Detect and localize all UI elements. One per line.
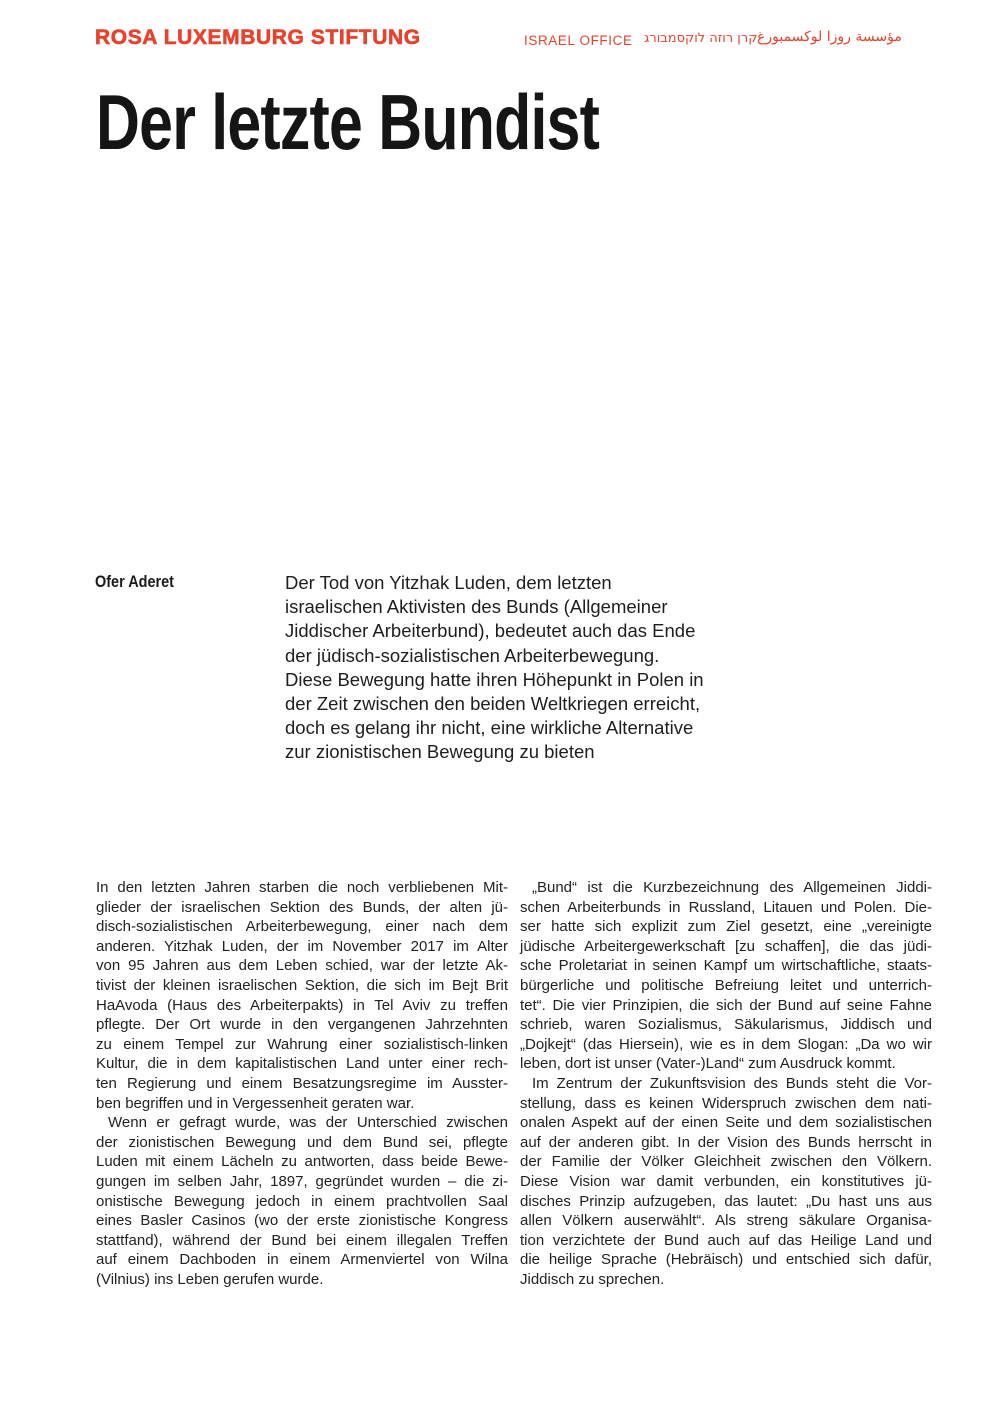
body-line: ben begriffen und in Vergessenheit gerat… [96, 1094, 508, 1114]
body-line: tivist der kleinen israelischen Sektion,… [96, 976, 508, 996]
office-label: ISRAEL OFFICE [524, 33, 633, 48]
body-line: jüdische Arbeitergewerkschaft [zu schaff… [520, 937, 932, 957]
lead-line: Diese Bewegung hatte ihren Höhepunkt in … [285, 668, 755, 692]
lead-line: der jüdisch-sozialistischen Arbeiterbewe… [285, 644, 755, 668]
body-line: pflegte. Der Ort wurde in den vergangene… [96, 1015, 508, 1035]
body-line: „Dojkejt“ (das Hiersein), wie es in dem … [520, 1035, 932, 1055]
body-line: disches Prinzip aufzugeben, das lautet: … [520, 1192, 932, 1212]
lead-line: zur zionistischen Bewegung zu bieten [285, 740, 755, 764]
body-line: HaAvoda (Haus des Arbeiterpakts) in Tel … [96, 996, 508, 1016]
body-line: (Vilnius) ins Leben gerufen wurde. [96, 1270, 508, 1290]
body-line: onalen Aspekt auf der einen Seite und de… [520, 1113, 932, 1133]
body-line: gungen im selben Jahr, 1897, gegründet w… [96, 1172, 508, 1192]
body-line: Luden mit einem Lächeln zu antworten, da… [96, 1152, 508, 1172]
article-title: Der letzte Bundist [96, 82, 599, 164]
body-line: der zionistischen Bewegung und dem Bund … [96, 1133, 508, 1153]
body-line: schrieb, waren Sozialismus, Säkularismus… [520, 1015, 932, 1035]
lead-line: israelischen Aktivisten des Bunds (Allge… [285, 595, 755, 619]
body-line: auf einem Dachboden in einem Armenvierte… [96, 1250, 508, 1270]
body-line: ser hatte sich explizit zum Ziel gesetzt… [520, 917, 932, 937]
body-line: anderen. Yitzhak Luden, der im November … [96, 937, 508, 957]
body-line: Wenn er gefragt wurde, was der Unterschi… [96, 1113, 508, 1133]
body-line: ten Regierung und einem Besatzungsregime… [96, 1074, 508, 1094]
lead-line: Der Tod von Yitzhak Luden, dem letzten [285, 571, 755, 595]
body-line: In den letzten Jahren starben die noch v… [96, 878, 508, 898]
body-line: allen Völkern auserwählt“. Als streng sä… [520, 1211, 932, 1231]
body-line: „Bund“ ist die Kurzbezeichnung des Allge… [520, 878, 932, 898]
body-column-left: In den letzten Jahren starben die noch v… [96, 878, 508, 1289]
body-column-right: „Bund“ ist die Kurzbezeichnung des Allge… [520, 878, 932, 1289]
body-line: schen Arbeiterbunds in Russland, Litauen… [520, 898, 932, 918]
author-name: Ofer Aderet [95, 572, 174, 592]
hebrew-name: קרן רוזה לוקסמבורג [644, 31, 757, 46]
body-line: Kultur, die in dem kapitalistischen Land… [96, 1054, 508, 1074]
lead-line: der Zeit zwischen den beiden Weltkriegen… [285, 692, 755, 716]
body-line: tet“. Die vier Prinzipien, die sich der … [520, 996, 932, 1016]
lead-line: Jiddischer Arbeiterbund), bedeutet auch … [285, 619, 755, 643]
brand-logo-text: ROSA LUXEMBURG STIFTUNG [95, 26, 421, 50]
body-line: eines Basler Casinos (wo der erste zioni… [96, 1211, 508, 1231]
body-line: leben, dort ist unser (Vater-)Land“ zum … [520, 1054, 932, 1074]
body-line: stattfand), während der Bund bei einem i… [96, 1231, 508, 1251]
body-line: von 95 Jahren aus dem Leben schied, war … [96, 956, 508, 976]
body-line: Diese Vision war damit verbunden, ein ko… [520, 1172, 932, 1192]
article-lead: Der Tod von Yitzhak Luden, dem letzten i… [285, 571, 755, 765]
body-line: tion verzichtete der Bund auch auf das H… [520, 1231, 932, 1251]
body-line: zu einem Tempel zur Wahrung einer sozial… [96, 1035, 508, 1055]
body-line: onistische Bewegung jedoch in einem prac… [96, 1192, 508, 1212]
body-line: glieder der israelischen Sektion des Bun… [96, 898, 508, 918]
body-line: sche Proletariat in seinen Kampf um wirt… [520, 956, 932, 976]
body-line: Jiddisch zu sprechen. [520, 1270, 932, 1290]
body-line: disch-sozialistischen Arbeiterbewegung, … [96, 917, 508, 937]
body-line: der Familie der Völker Gleichheit zwisch… [520, 1152, 932, 1172]
arabic-name: مؤسسة روزا لوكسمبورغ [757, 29, 902, 45]
body-line: Im Zentrum der Zukunftsvision des Bunds … [520, 1074, 932, 1094]
page-header: ROSA LUXEMBURG STIFTUNG ISRAEL OFFICE קר… [95, 26, 915, 52]
body-line: auf der anderen gibt. In der Vision des … [520, 1133, 932, 1153]
lead-line: doch es gelang ihr nicht, eine wirkliche… [285, 716, 755, 740]
body-line: bürgerliche und politische Befreiung lei… [520, 976, 932, 996]
body-line: die heilige Sprache (Hebräisch) und ents… [520, 1250, 932, 1270]
body-line: stellung, dass es keinen Widerspruch zwi… [520, 1094, 932, 1114]
